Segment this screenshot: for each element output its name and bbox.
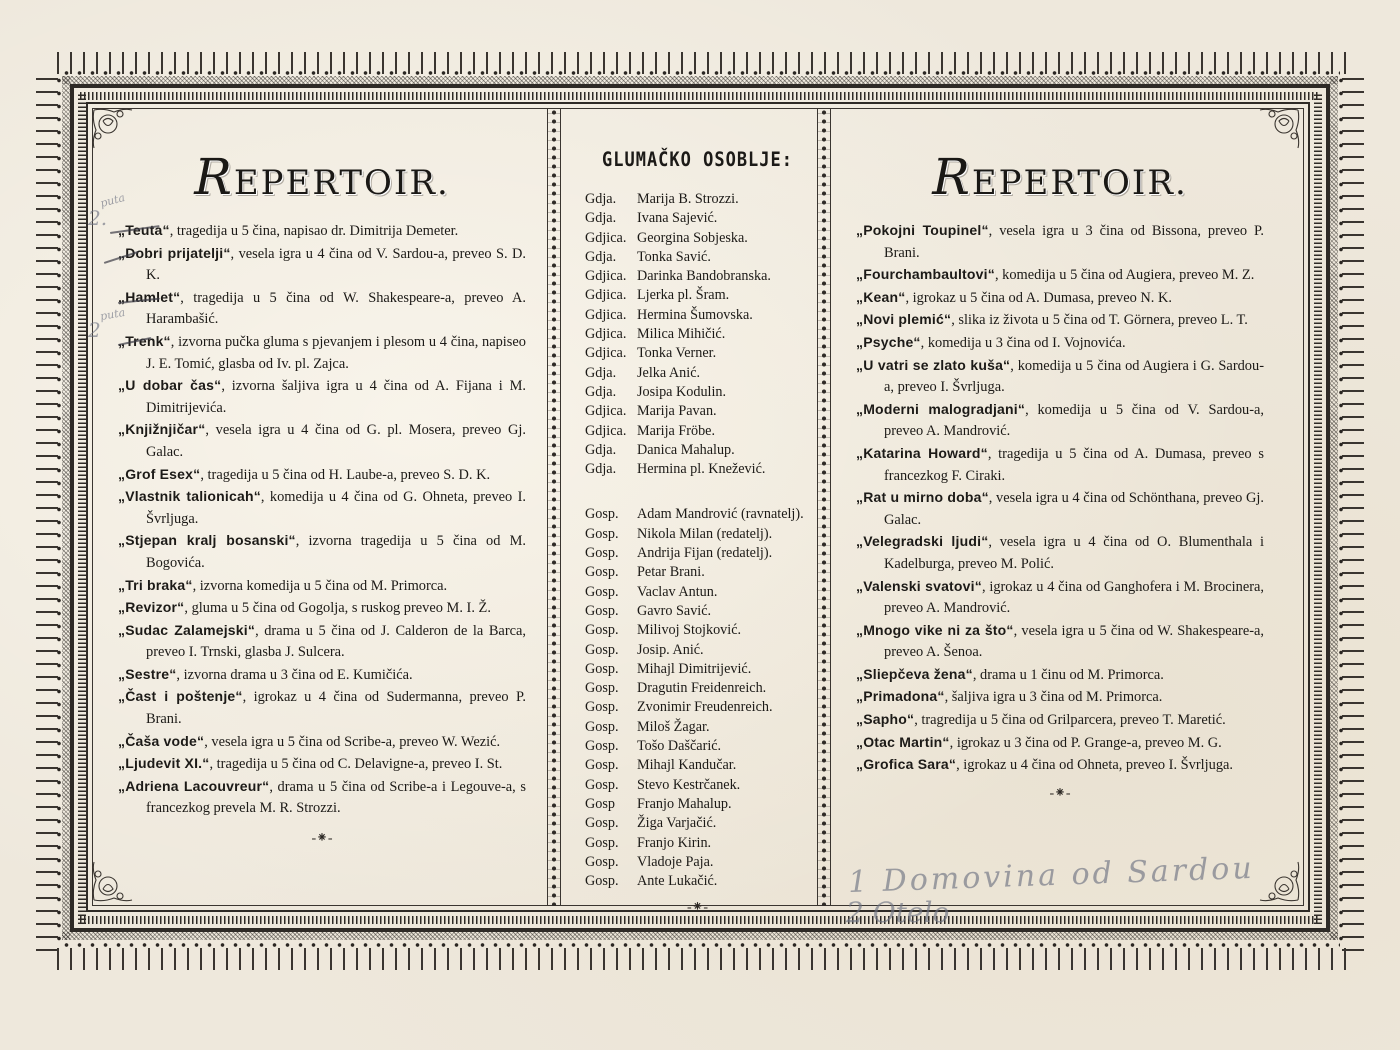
member-name: Danica Mahalup. [637,442,735,458]
play-title: „Psyche“ [856,334,921,350]
repertoire-entry: „Tri braka“, izvorna komedija u 5 čina o… [118,575,526,598]
honorific: Gosp [585,795,637,814]
repertoire-entry: „Grofica Sara“, igrokaz u 4 čina od Ohne… [856,754,1264,777]
cast-title: GLUMAČKO OSOBLJE: [585,149,810,172]
member-name: Zvonimir Freudenreich. [637,699,773,715]
column-divider-left [547,108,561,906]
play-title: „Grofica Sara“ [856,756,956,772]
cast-member: Gosp.Gavro Savić. [585,602,810,621]
border-hatch-right [1314,94,1322,924]
play-description: , igrokaz u 5 čina od A. Dumasa, preveo … [905,290,1172,306]
repertoire-entry: „Čast i poštenje“, igrokaz u 4 čina od S… [118,686,526,730]
title-initial: R [932,148,972,206]
honorific: Gosp. [585,544,637,563]
cast-member: GospFranjo Mahalup. [585,795,810,814]
repertoire-entry: „Primadona“, šaljiva igra u 3 čina od M.… [856,686,1264,709]
member-name: Darinka Bandobranska. [637,268,771,284]
member-name: Adam Mandrović (ravnatelj). [637,506,804,522]
member-name: Žiga Varjačić. [637,815,716,831]
play-description: , komedija u 5 čina od Augiera, preveo M… [995,267,1254,283]
member-name: Mihajl Dimitrijević. [637,661,751,677]
repertoire-entry: „Moderni malogradjani“, komedija u 5 čin… [856,399,1264,443]
play-description: , slika iz života u 5 čina od T. Görnera… [951,312,1248,328]
member-name: Tonka Verner. [637,345,716,361]
member-name: Josipa Kodulin. [637,384,726,400]
member-name: Tonka Savić. [637,249,711,265]
play-title: „Tri braka“ [118,577,193,593]
title-rest: EPERTOIR. [972,163,1188,203]
honorific: Gosp. [585,583,637,602]
repertoire-entry: „Novi plemić“, slika iz života u 5 čina … [856,309,1264,332]
honorific: Gosp. [585,814,637,833]
border-stipple-bottom [62,932,1338,940]
cast-member: Gosp.Tošo Daščarić. [585,737,810,756]
play-title: „Grof Esex“ [118,466,200,482]
honorific: Gdja. [585,190,637,209]
play-title: „U vatri se zlato kuša“ [856,357,1010,373]
play-title: „Primadona“ [856,688,945,704]
cast-member: Gosp.Dragutin Freidenreich. [585,679,810,698]
member-name: Marija Pavan. [637,403,717,419]
title-rest: EPERTOIR. [234,163,450,203]
repertoire-entry: „Vlastnik talionicah“, komedija u 4 čina… [118,486,526,530]
play-title: „Rat u mirno doba“ [856,489,989,505]
play-title: „Ljudevit XI.“ [118,755,209,771]
repertoire-entry: „Sudac Zalamejski“, drama u 5 čina od J.… [118,620,526,664]
honorific: Gosp. [585,641,637,660]
member-name: Ante Lukačić. [637,873,717,889]
honorific: Gosp. [585,602,637,621]
cast-member: Gosp.Nikola Milan (redatelj). [585,525,810,544]
play-description: , gluma u 5 čina od Gogolja, s ruskog pr… [184,600,491,616]
actors-list: Gosp.Adam Mandrović (ravnatelj).Gosp.Nik… [585,505,810,891]
border-dots-bottom [60,942,1340,948]
honorific: Gosp. [585,718,637,737]
member-name: Milivoj Stojković. [637,622,741,638]
repertoire-entry: „Sapho“, tragredija u 5 čina od Grilparc… [856,709,1264,732]
honorific: Gdja. [585,364,637,383]
cast-member: Gdja.Josipa Kodulin. [585,383,810,402]
member-name: Gavro Savić. [637,603,711,619]
play-title: „Vlastnik talionicah“ [118,488,261,504]
play-description: , izvorna komedija u 5 čina od M. Primor… [193,578,448,594]
play-title: „Pokojni Toupinel“ [856,222,989,238]
honorific: Gosp. [585,621,637,640]
play-title: „Mnogo vike ni za što“ [856,622,1014,638]
border-spikes-left [36,70,58,956]
play-description: , igrokaz u 3 čina od P. Grange-a, preve… [950,735,1222,751]
member-name: Miloš Žagar. [637,719,710,735]
right-repertoire-list: „Pokojni Toupinel“, vesela igra u 3 čina… [856,220,1264,777]
left-repertoire-title: REPERTOIR. [118,148,526,206]
cast-member: Gosp.Stevo Kestrčanek. [585,776,810,795]
member-name: Josip. Anić. [637,642,704,658]
honorific: Gosp. [585,679,637,698]
play-title: „Kean“ [856,289,905,305]
honorific: Gosp. [585,834,637,853]
honorific: Gdjica. [585,344,637,363]
play-description: , igrokaz u 4 čina od Ohneta, preveo I. … [956,757,1233,773]
repertoire-entry: „Valenski svatovi“, igrokaz u 4 čina od … [856,576,1264,620]
cast-member: Gdja.Hermina pl. Knežević. [585,460,810,479]
cast-member: Gosp.Mihajl Kandučar. [585,756,810,775]
cast-member: Gosp.Zvonimir Freudenreich. [585,698,810,717]
pencil-note-number: 2. [88,206,107,230]
member-name: Franjo Mahalup. [637,796,732,812]
play-title: „Otac Martin“ [856,734,950,750]
play-description: , tragedija u 5 čina, napisao dr. Dimitr… [170,223,459,239]
honorific: Gdja. [585,383,637,402]
border-dots-right [1338,74,1344,944]
play-description: , komedija u 3 čina od I. Vojnovića. [921,335,1126,351]
honorific: Gdjica. [585,422,637,441]
play-description: , drama u 1 činu od M. Primorca. [973,667,1164,683]
repertoire-entry: „Čaša vode“, vesela igra u 5 čina od Scr… [118,731,526,754]
column-divider-right [817,108,831,906]
border-stipple-top [62,76,1338,84]
cast-member: Gdjica.Marija Fröbe. [585,422,810,441]
member-name: Franjo Kirin. [637,835,711,851]
honorific: Gdjica. [585,325,637,344]
repertoire-entry: „Rat u mirno doba“, vesela igra u 4 čina… [856,487,1264,531]
play-description: , izvorna pučka gluma s pjevanjem i ples… [146,334,526,372]
member-name: Dragutin Freidenreich. [637,680,766,696]
repertoire-entry: „Fourchambaultovi“, komedija u 5 čina od… [856,264,1264,287]
left-repertoire-column: REPERTOIR. „Teuta“, tragedija u 5 čina, … [118,148,526,847]
play-title: „Sliepčeva žena“ [856,666,973,682]
play-title: „Moderni malogradjani“ [856,401,1025,417]
honorific: Gosp. [585,525,637,544]
play-description: , izvorna drama u 3 čina od E. Kumičića. [176,667,412,683]
member-name: Ljerka pl. Šram. [637,287,729,303]
honorific: Gdja. [585,441,637,460]
repertoire-entry: „Hamlet“, tragedija u 5 čina od W. Shake… [118,287,526,331]
member-name: Hermina Šumovska. [637,307,753,323]
play-title: „Novi plemić“ [856,311,951,327]
cast-member: Gdja.Marija B. Strozzi. [585,190,810,209]
repertoire-entry: „Teuta“, tragedija u 5 čina, napisao dr.… [118,220,526,243]
play-title: „Knjižnjičar“ [118,421,205,437]
repertoire-entry: „Otac Martin“, igrokaz u 3 čina od P. Gr… [856,732,1264,755]
repertoire-entry: „Trenk“, izvorna pučka gluma s pjevanjem… [118,331,526,375]
corner-ornament-top-right-icon [1258,106,1302,150]
honorific: Gdja. [585,460,637,479]
play-title: „Velegradski ljudi“ [856,533,988,549]
play-title: „Stjepan kralj bosanski“ [118,532,296,548]
honorific: Gosp. [585,872,637,891]
repertoire-entry: „Stjepan kralj bosanski“, izvorna traged… [118,530,526,574]
play-description: , šaljiva igra u 3 čina od M. Primorca. [945,689,1163,705]
repertoire-entry: „Knjižnjičar“, vesela igra u 4 čina od G… [118,419,526,463]
cast-member: Gdjica.Darinka Bandobranska. [585,267,810,286]
play-title: „Čast i poštenje“ [118,688,243,704]
cast-member: Gosp.Miloš Žagar. [585,718,810,737]
border-spikes-right [1342,70,1364,956]
border-hatch-top [80,92,1320,100]
fleuron-ornament-icon: -⁕- [118,830,526,847]
cast-member: Gosp.Vladoje Paja. [585,853,810,872]
member-name: Marija B. Strozzi. [637,191,739,207]
cast-member: Gdja.Danica Mahalup. [585,441,810,460]
cast-member: Gosp.Milivoj Stojković. [585,621,810,640]
honorific: Gosp. [585,853,637,872]
play-title: „Sapho“ [856,711,914,727]
border-stipple-right [1330,76,1338,940]
repertoire-entry: „U vatri se zlato kuša“, komedija u 5 či… [856,355,1264,399]
cast-member: Gosp.Andrija Fijan (redatelj). [585,544,810,563]
honorific: Gosp. [585,756,637,775]
member-name: Georgina Sobjeska. [637,230,748,246]
member-name: Stevo Kestrčanek. [637,777,740,793]
repertoire-entry: „Mnogo vike ni za što“, vesela igra u 5 … [856,620,1264,664]
play-title: „Trenk“ [118,333,171,349]
repertoire-entry: „Kean“, igrokaz u 5 čina od A. Dumasa, p… [856,287,1264,310]
honorific: Gosp. [585,698,637,717]
repertoire-entry: „Pokojni Toupinel“, vesela igra u 3 čina… [856,220,1264,264]
right-repertoire-title: REPERTOIR. [856,148,1264,206]
cast-member: Gdja.Tonka Savić. [585,248,810,267]
repertoire-entry: „Ljudevit XI.“, tragedija u 5 čina od C.… [118,753,526,776]
cast-member: Gosp.Ante Lukačić. [585,872,810,891]
left-repertoire-list: „Teuta“, tragedija u 5 čina, napisao dr.… [118,220,526,820]
member-name: Tošo Daščarić. [637,738,721,754]
honorific: Gdja. [585,248,637,267]
honorific: Gosp. [585,563,637,582]
repertoire-entry: „Sestre“, izvorna drama u 3 čina od E. K… [118,664,526,687]
play-title: „Sestre“ [118,666,176,682]
pencil-note-bottom-line2: 2 Otelo [846,896,949,929]
pencil-note-number: 2 [88,318,101,342]
border-hatch-bottom [80,916,1320,924]
honorific: Gdjica. [585,229,637,248]
play-description: , tragredija u 5 čina od Grilparcera, pr… [914,712,1226,728]
member-name: Petar Brani. [637,564,705,580]
play-title: „Fourchambaultovi“ [856,266,995,282]
repertoire-entry: „Dobri prijatelji“, vesela igra u 4 čina… [118,243,526,287]
border-stipple-left [62,76,70,940]
cast-member: Gdjica.Tonka Verner. [585,344,810,363]
play-description: , tragedija u 5 čina od W. Shakespeare-a… [146,290,526,328]
play-description: , tragedija u 5 čina od C. Delavigne-a, … [209,756,502,772]
play-title: „Čaša vode“ [118,733,204,749]
repertoire-entry: „Psyche“, komedija u 3 čina od I. Vojnov… [856,332,1264,355]
play-title: „Sudac Zalamejski“ [118,622,255,638]
right-repertoire-column: REPERTOIR. „Pokojni Toupinel“, vesela ig… [856,148,1264,802]
member-name: Andrija Fijan (redatelj). [637,545,772,561]
honorific: Gosp. [585,776,637,795]
border-hatch-left [78,94,86,924]
play-title: „Adriena Lacouvreur“ [118,778,269,794]
honorific: Gdja. [585,209,637,228]
cast-column: GLUMAČKO OSOBLJE: Gdja.Marija B. Strozzi… [585,150,810,916]
repertoire-entry: „Velegradski ljudi“, vesela igra u 4 čin… [856,531,1264,575]
play-title: „Katarina Howard“ [856,445,988,461]
member-name: Ivana Sajević. [637,210,717,226]
corner-ornament-bottom-right-icon [1258,860,1302,904]
cast-member: Gosp.Petar Brani. [585,563,810,582]
cast-member: Gdja.Jelka Anić. [585,364,810,383]
corner-ornament-bottom-left-icon [90,860,134,904]
honorific: Gosp. [585,505,637,524]
play-description: , tragedija u 5 čina od H. Laube-a, prev… [200,467,490,483]
member-name: Jelka Anić. [637,365,700,381]
fleuron-ornament-icon: -⁕- [856,785,1264,802]
cast-member: Gosp.Žiga Varjačić. [585,814,810,833]
honorific: Gdjica. [585,286,637,305]
repertoire-entry: „Adriena Lacouvreur“, drama u 5 čina od … [118,776,526,820]
honorific: Gdjica. [585,402,637,421]
play-title: „Revizor“ [118,599,184,615]
honorific: Gosp. [585,737,637,756]
actresses-list: Gdja.Marija B. Strozzi.Gdja.Ivana Sajevi… [585,190,810,479]
cast-member: Gdjica.Georgina Sobjeska. [585,229,810,248]
cast-member: Gdjica.Hermina Šumovska. [585,306,810,325]
member-name: Marija Fröbe. [637,423,715,439]
repertoire-entry: „Grof Esex“, tragedija u 5 čina od H. La… [118,464,526,487]
play-title: „Valenski svatovi“ [856,578,982,594]
repertoire-entry: „Katarina Howard“, tragedija u 5 čina od… [856,443,1264,487]
cast-member: Gdjica.Marija Pavan. [585,402,810,421]
repertoire-entry: „Revizor“, gluma u 5 čina od Gogolja, s … [118,597,526,620]
member-name: Mihajl Kandučar. [637,757,736,773]
repertoire-entry: „U dobar čas“, izvorna šaljiva igra u 4 … [118,375,526,419]
play-description: , vesela igra u 5 čina od Scribe-a, prev… [204,734,500,750]
member-name: Hermina pl. Knežević. [637,461,765,477]
honorific: Gdjica. [585,306,637,325]
border-spikes-bottom [52,948,1348,970]
cast-member: Gosp.Mihajl Dimitrijević. [585,660,810,679]
cast-member: Gosp.Vaclav Antun. [585,583,810,602]
member-name: Vladoje Paja. [637,854,713,870]
cast-member: Gosp.Adam Mandrović (ravnatelj). [585,505,810,524]
cast-member: Gosp.Josip. Anić. [585,641,810,660]
fleuron-ornament-icon: -⁕- [585,899,810,916]
member-name: Milica Mihičić. [637,326,725,342]
cast-member: Gdja.Ivana Sajević. [585,209,810,228]
member-name: Vaclav Antun. [637,584,717,600]
title-initial: R [194,148,234,206]
play-title: „U dobar čas“ [118,377,221,393]
member-name: Nikola Milan (redatelj). [637,526,772,542]
cast-member: Gdjica.Milica Mihičić. [585,325,810,344]
corner-ornament-top-left-icon [90,106,134,150]
cast-member: Gdjica.Ljerka pl. Šram. [585,286,810,305]
honorific: Gdjica. [585,267,637,286]
repertoire-entry: „Sliepčeva žena“, drama u 1 činu od M. P… [856,664,1264,687]
cast-member: Gosp.Franjo Kirin. [585,834,810,853]
honorific: Gosp. [585,660,637,679]
